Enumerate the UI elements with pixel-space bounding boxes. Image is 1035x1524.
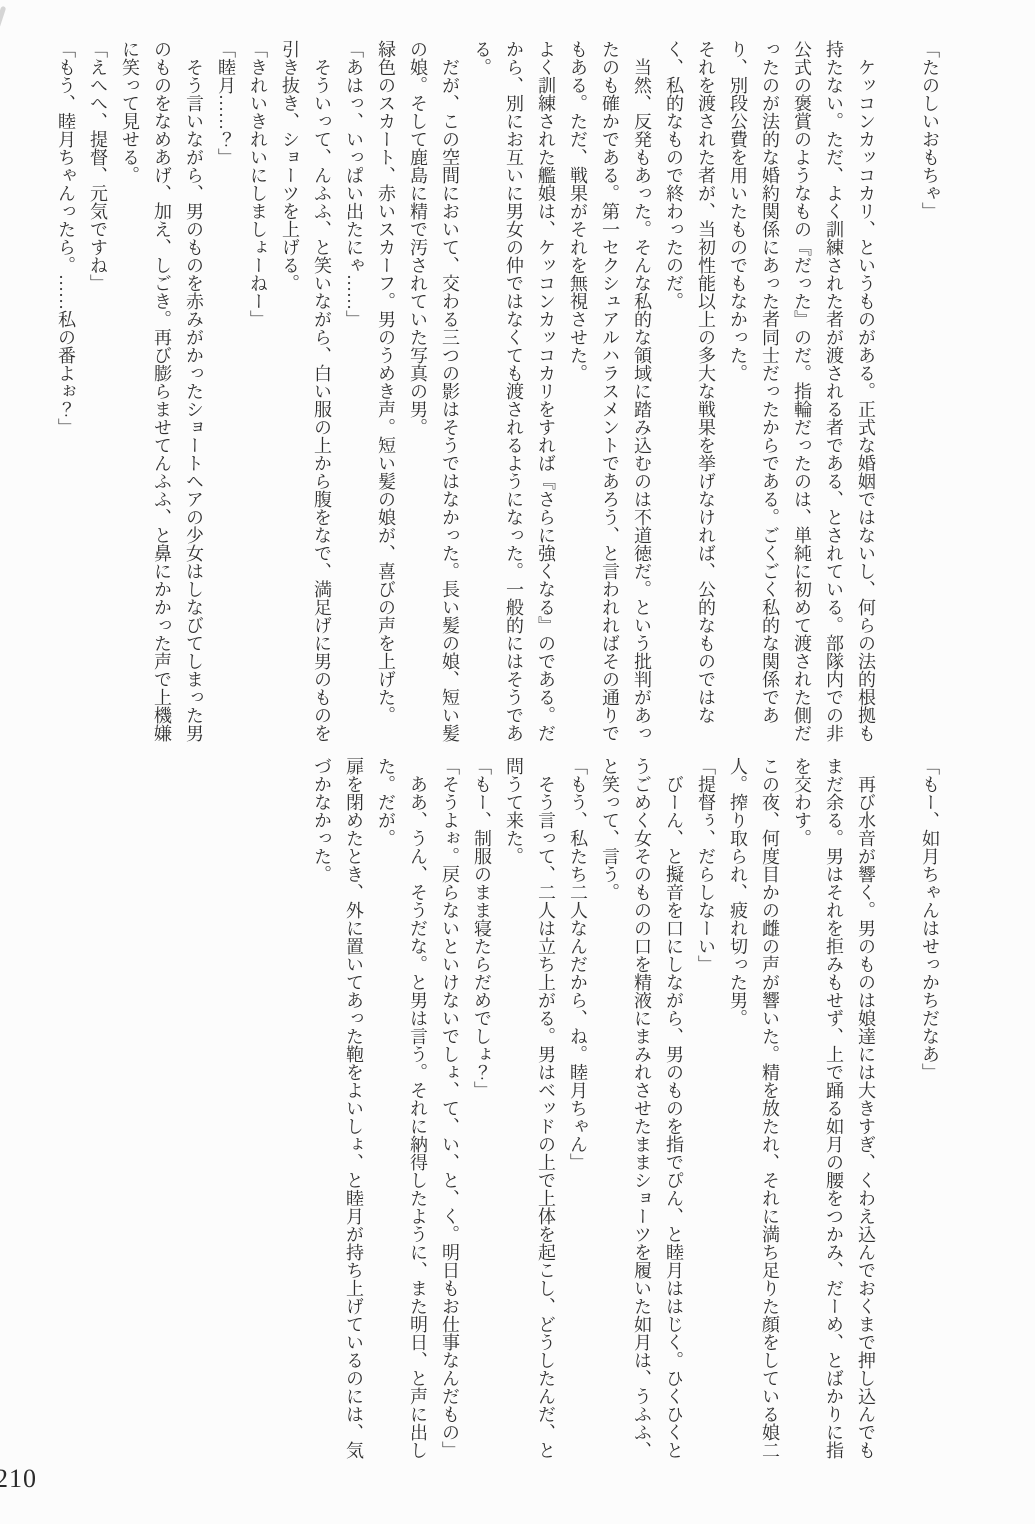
story-paragraph: それを渡された者が、当初性能以上の多大な戦果を挙げなければ、公的なものではなく、… — [658, 40, 722, 746]
story-paragraph: 「もう、私たち二人なんだから、ね。睦月ちゃん」 — [562, 757, 594, 1463]
page-number: 210 — [0, 1464, 37, 1494]
story-paragraph: よく訓練された艦娘は、ケッコンカッコカリをすれば『さらに強くなる』のである。だか… — [466, 40, 562, 746]
story-paragraph: 「睦月……？」 — [210, 40, 242, 746]
manuscript-page: 「たのしいおもちゃ」 ケッコンカッコカリ、というものがある。正式な婚姻ではないし… — [0, 0, 1035, 1524]
story-paragraph — [882, 40, 914, 746]
story-paragraph: この夜、何度目かの雌の声が響いた。精を放たれ、それに満ち足りた顔をしている娘二人… — [722, 757, 786, 1463]
story-paragraph — [882, 757, 914, 1463]
story-paragraph: そう言いながら、男のものを赤みがかったショートヘアの少女はしなびてしまった男のも… — [114, 40, 210, 746]
story-paragraph: 「たのしいおもちゃ」 — [914, 40, 946, 746]
story-section-top: 「たのしいおもちゃ」 ケッコンカッコカリ、というものがある。正式な婚姻ではないし… — [50, 40, 946, 746]
story-paragraph: だが、この空間において、交わる三つの影はそうではなかった。長い髪の娘、短い髪の娘… — [402, 40, 466, 746]
story-paragraph: 「えへへ、提督、元気ですね」 — [82, 40, 114, 746]
story-paragraph: 当然、反発もあった。そんな私的な領域に踏み込むのは不道徳だ。という批判があったの… — [562, 40, 658, 746]
story-paragraph: 「あはっ、いっぱい出たにゃ……」 — [338, 40, 370, 746]
scan-smudge-mark — [0, 6, 6, 28]
story-paragraph: そう言って、二人は立ち上がる。男はベッドの上で上体を起こし、どうしたんだ、と問う… — [498, 757, 562, 1463]
story-paragraph: 「もー、如月ちゃんはせっかちだなあ」 — [914, 757, 946, 1463]
story-paragraph: 扉を閉めたとき、外に置いてあった鞄をよいしょ、と睦月が持ち上げているのには、気づ… — [306, 757, 370, 1463]
story-paragraph: ああ、うん、そうだな。と男は言う。それに納得したように、また明日、と声に出した。… — [370, 757, 434, 1463]
story-paragraph: びーん、と擬音を口にしながら、男のものを指でぴん、と睦月ははじく。ひくひくとうご… — [594, 757, 690, 1463]
story-section-bottom: 「もー、如月ちゃんはせっかちだなあ」 再び水音が響く。男のものは娘達には大きすぎ… — [306, 757, 946, 1463]
story-paragraph: 「きれいきれいにしましょーねー」 — [242, 40, 274, 746]
story-paragraph: 「そうよぉ。戻らないといけないでしょ、て、い、と、く。明日もお仕事なんだもの」 — [434, 757, 466, 1463]
story-paragraph: 「もう、睦月ちゃんったら。……私の番よぉ？」 — [50, 40, 82, 746]
story-paragraph: 再び水音が響く。男のものは娘達には大きすぎ、くわえ込んでおくまで押し込んでもまだ… — [786, 757, 882, 1463]
story-paragraph: そういって、んふふ、と笑いながら、白い服の上から腹をなで、満足げに男のものを引き… — [274, 40, 338, 746]
story-paragraph: 「提督ぅ、だらしなーい」 — [690, 757, 722, 1463]
story-paragraph: 緑色のスカート、赤いスカーフ。男のうめき声。短い髪の娘が、喜びの声を上げた。 — [370, 40, 402, 746]
story-paragraph: ケッコンカッコカリ、というものがある。正式な婚姻ではないし、何らの法的根拠も持た… — [722, 40, 882, 746]
story-paragraph: 「もー、制服のまま寝たらだめでしょ？」 — [466, 757, 498, 1463]
